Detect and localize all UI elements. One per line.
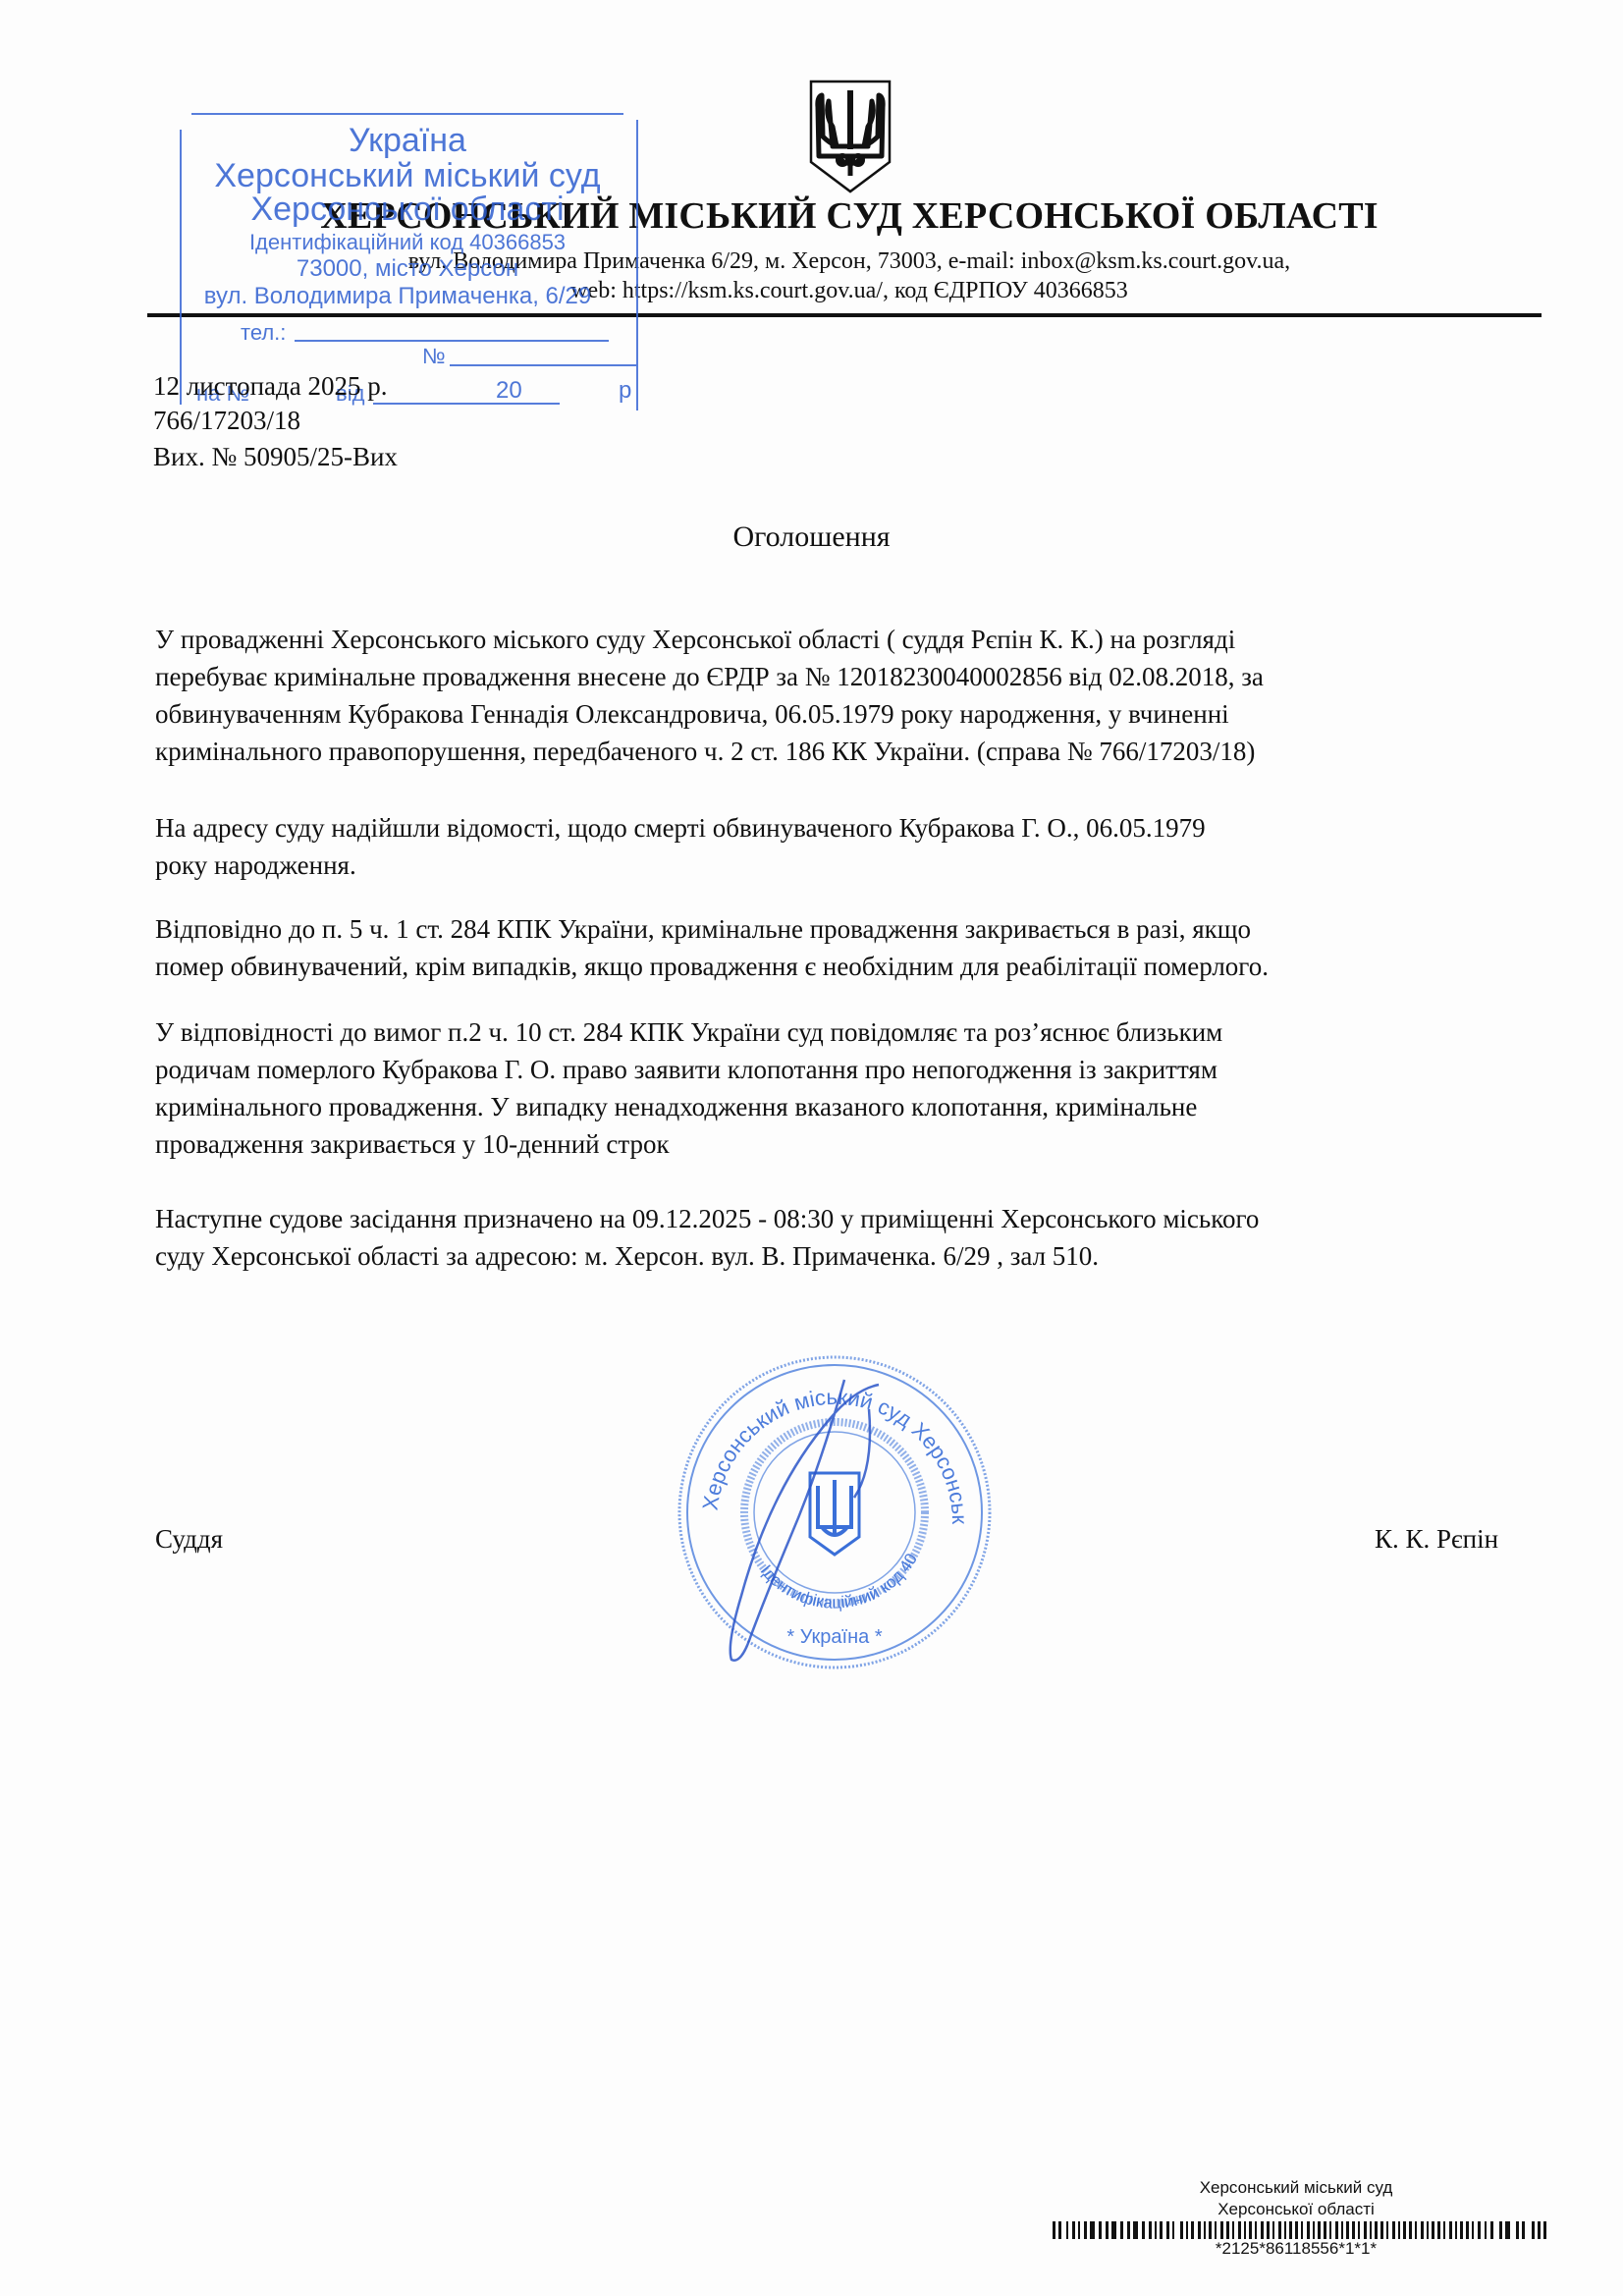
stamp-region: Херсонської області [177, 191, 638, 229]
barcode-org-region: Херсонської області [1139, 2200, 1453, 2219]
text-line: Відповідно до п. 5 ч. 1 ст. 284 КПК Укра… [155, 910, 1540, 948]
signature-role: Суддя [155, 1524, 223, 1555]
document-page: ХЕРСОНСЬКИЙ МІСЬКИЙ СУД ХЕРСОНСЬКОЇ ОБЛА… [0, 0, 1623, 2296]
barcode-number: *2125*86118556*1*1* [1139, 2239, 1453, 2259]
text-line: перебуває кримінальне провадження внесен… [155, 658, 1540, 695]
text-line: кримінального провадження. У випадку нен… [155, 1088, 1540, 1125]
registration-stamp: Україна Херсонський міський суд Херсонсь… [177, 110, 638, 410]
stamp-tel-label: тел.: [241, 320, 286, 346]
stamp-year-suffix: р [619, 377, 631, 405]
paragraph-legal-basis: Відповідно до п. 5 ч. 1 ст. 284 КПК Укра… [155, 910, 1540, 985]
round-seal: Херсонський міський суд Херсонської обла… [673, 1350, 997, 1674]
document-title: Оголошення [0, 520, 1623, 554]
svg-text:Херсонський міський суд Херсон: Херсонський міський суд Херсонської обла… [673, 1350, 972, 1525]
coat-of-arms-trident-icon [807, 78, 893, 195]
paragraph-next-hearing: Наступне судове засідання призначено на … [155, 1200, 1540, 1275]
stamp-city: 73000, місто Херсон [177, 255, 638, 283]
paragraph-relatives-notice: У відповідності до вимог п.2 ч. 10 ст. 2… [155, 1013, 1540, 1163]
stamp-country: Україна [177, 122, 638, 160]
stamp-number-label: № [422, 344, 446, 369]
stamp-street: вул. Володимира Примаченка, 6/29 [167, 283, 628, 310]
stamp-blank-line [450, 364, 636, 366]
text-line: На адресу суду надійшли відомості, щодо … [155, 809, 1540, 847]
text-line: року народження. [155, 847, 1540, 884]
text-line: обвинуваченням Кубракова Геннадія Олекса… [155, 695, 1540, 733]
paragraph-proceedings: У провадженні Херсонського міського суду… [155, 621, 1540, 770]
text-line: помер обвинувачений, крім випадків, якщо… [155, 948, 1540, 985]
stamp-blank-line [373, 403, 560, 405]
outgoing-number: Вих. № 50905/25-Вих [153, 442, 398, 472]
signature-name: К. К. Рєпін [1375, 1524, 1498, 1555]
svg-text:* Україна *: * Україна * [786, 1626, 882, 1648]
text-line: У провадженні Херсонського міського суду… [155, 621, 1540, 658]
document-date: 12 листопада 2025 р. [153, 371, 388, 402]
stamp-blank-line [295, 340, 609, 342]
stamp-year-prefix: 20 [496, 377, 522, 405]
text-line: Наступне судове засідання призначено на … [155, 1200, 1540, 1237]
text-line: суду Херсонської області за адресою: м. … [155, 1237, 1540, 1275]
barcode-org-name: Херсонський міський суд [1139, 2178, 1453, 2198]
text-line: родичам померлого Кубракова Г. О. право … [155, 1051, 1540, 1088]
stamp-id-code: Ідентифікаційний код 40366853 [177, 230, 638, 255]
text-line: кримінального правопорушення, передбачен… [155, 733, 1540, 770]
case-number: 766/17203/18 [153, 406, 300, 436]
paragraph-death-info: На адресу суду надійшли відомості, щодо … [155, 809, 1540, 884]
text-line: У відповідності до вимог п.2 ч. 10 ст. 2… [155, 1013, 1540, 1051]
barcode-icon [1053, 2221, 1548, 2239]
svg-text:Ідентифікаційний код 40366853: Ідентифікаційний код 40366853 [673, 1350, 921, 1613]
stamp-border [191, 113, 623, 115]
text-line: провадження закривається у 10-денний стр… [155, 1125, 1540, 1163]
